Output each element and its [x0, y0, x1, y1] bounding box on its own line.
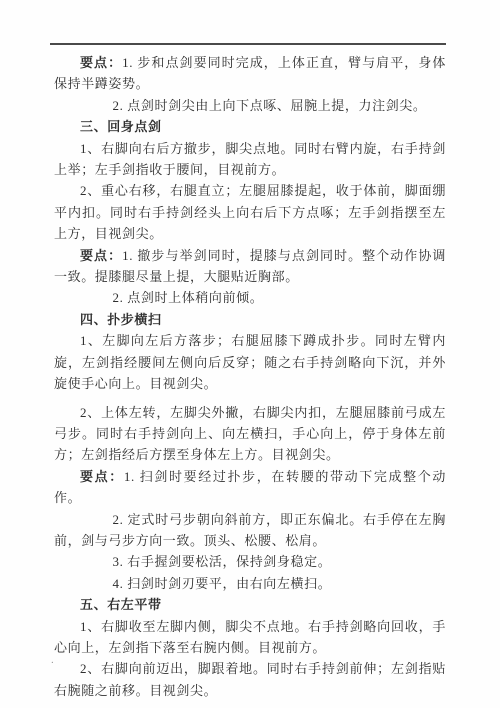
- header-rule: [50, 43, 446, 45]
- paragraph-sub: 2. 定式时弓步朝向斜前方，即正东偏北。右手停在左胸前，剑与弓步方向一致。顶头、…: [54, 509, 446, 552]
- paragraph-step: 1、右脚收至左脚内侧，脚尖不点地。右手持剑略向回收，手心向上，左剑指下落至右腕内…: [54, 616, 446, 659]
- paragraph-step: 1、左脚向左后方落步；右腿屈膝下蹲成扑步。同时左臂内旋，左剑指经腰间左侧向后反穿…: [54, 330, 446, 394]
- section-heading: 四、扑步横扫: [54, 309, 446, 330]
- keypoint-label: 要点：: [80, 469, 124, 484]
- paragraph-sub: 2. 点剑时剑尖由上向下点啄、屈腕上提，力注剑尖。: [54, 95, 446, 116]
- paragraph-sub: 2. 点剑时上体稍向前倾。: [54, 287, 446, 308]
- paragraph-step: 2、重心右移，右腿直立；左腿屈膝提起，收于体前，脚面绷平内扣。同时右手持剑经头上…: [54, 180, 446, 244]
- keypoint-label: 要点：: [80, 248, 122, 263]
- paragraph-keypoint: 要点：1. 撤步与举剑同时，提膝与点剑同时。整个动作协调一致。提膝腿尽量上提，大…: [54, 245, 446, 288]
- paragraph-keypoint: 要点：1. 步和点剑要同时完成，上体正直，臂与肩平，身体保持半蹲姿势。: [54, 52, 446, 95]
- paragraph-step: 2、上体左转，左脚尖外撇，右脚尖内扣，左腿屈膝前弓成左弓步。同时右手持剑向上、向…: [54, 402, 446, 466]
- paragraph-sub: 3. 右手握剑要松活，保持剑身稳定。: [54, 551, 446, 572]
- section-heading: 三、回身点剑: [54, 116, 446, 137]
- paragraph-keypoint: 要点：1. 扫剑时要经过扑步，在转腰的带动下完成整个动作。: [54, 466, 446, 509]
- paragraph-step: 1、右脚向右后方撤步，脚尖点地。同时右臂内旋，右手持剑上举；左手剑指收于腰间，目…: [54, 138, 446, 181]
- keypoint-label: 要点：: [80, 55, 122, 70]
- footer-mark: .: [51, 655, 54, 666]
- paragraph-step: 2、右脚向前迈出，脚跟着地。同时右手持剑前伸；左剑指贴右腕随之前移。目视剑尖。: [54, 658, 446, 701]
- document-page: 要点：1. 步和点剑要同时完成，上体正直，臂与肩平，身体保持半蹲姿势。2. 点剑…: [0, 0, 500, 708]
- section-heading: 五、右左平带: [54, 594, 446, 615]
- document-body: 要点：1. 步和点剑要同时完成，上体正直，臂与肩平，身体保持半蹲姿势。2. 点剑…: [54, 52, 446, 701]
- paragraph-sub: 4. 扫剑时剑刃要平，由右向左横扫。: [54, 573, 446, 594]
